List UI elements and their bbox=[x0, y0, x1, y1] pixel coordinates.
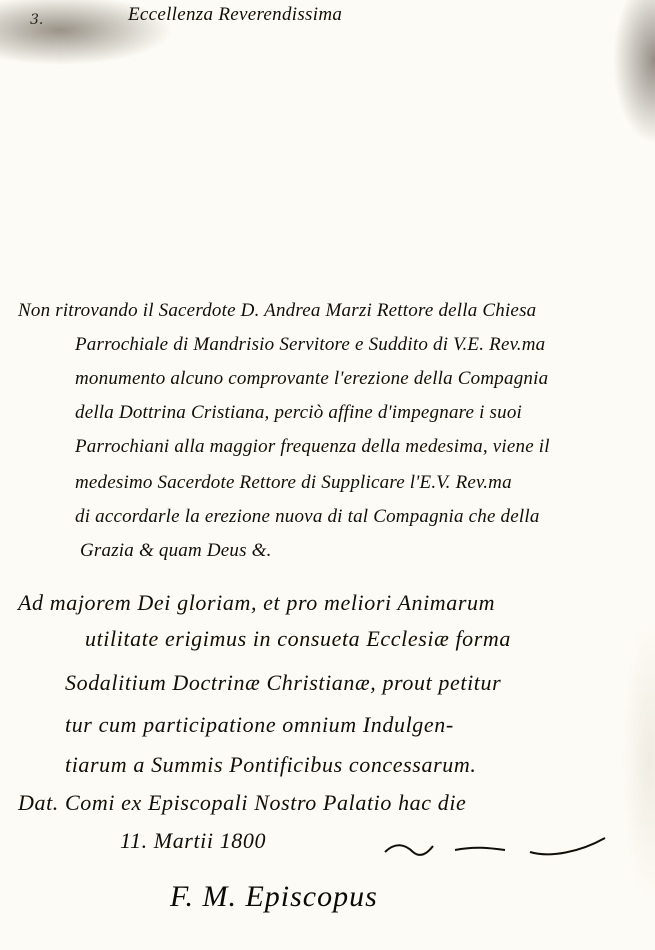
dating-line-1: Dat. Comi ex Episcopali Nostro Palatio h… bbox=[18, 790, 466, 816]
petition-line-1: Non ritrovando il Sacerdote D. Andrea Ma… bbox=[18, 300, 536, 322]
decree-line-4: tur cum participatione omnium Indulgen- bbox=[65, 712, 454, 738]
petition-line-5: Parrochiani alla maggior frequenza della… bbox=[75, 436, 550, 458]
bishop-signature: F. M. Episcopus bbox=[170, 880, 378, 914]
petition-line-6: medesimo Sacerdote Rettore di Supplicare… bbox=[75, 472, 512, 494]
petition-line-3: monumento alcuno comprovante l'erezione … bbox=[75, 368, 548, 390]
decree-line-2: utilitate erigimus in consueta Ecclesiæ … bbox=[85, 626, 511, 652]
tilde-flourish-icon bbox=[365, 830, 615, 870]
petition-line-7: di accordarle la erezione nuova di tal C… bbox=[75, 506, 540, 528]
decree-line-5: tiarum a Summis Pontificibus concessarum… bbox=[65, 752, 476, 778]
decree-line-1: Ad majorem Dei gloriam, et pro meliori A… bbox=[18, 590, 495, 616]
petition-line-4: della Dottrina Cristiana, perciò affine … bbox=[75, 402, 522, 424]
salutation-heading: Eccellenza Reverendissima bbox=[128, 4, 342, 26]
petition-line-2: Parrochiale di Mandrisio Servitore e Sud… bbox=[75, 334, 545, 356]
page-number: 3. bbox=[30, 12, 43, 28]
decree-line-3: Sodalitium Doctrinæ Christianæ, prout pe… bbox=[65, 670, 501, 696]
dating-line-2: 11. Martii 1800 bbox=[120, 828, 266, 854]
petition-line-8: Grazia & quam Deus &. bbox=[80, 540, 272, 562]
manuscript-page: 3. Eccellenza Reverendissima Non ritrova… bbox=[0, 0, 655, 950]
